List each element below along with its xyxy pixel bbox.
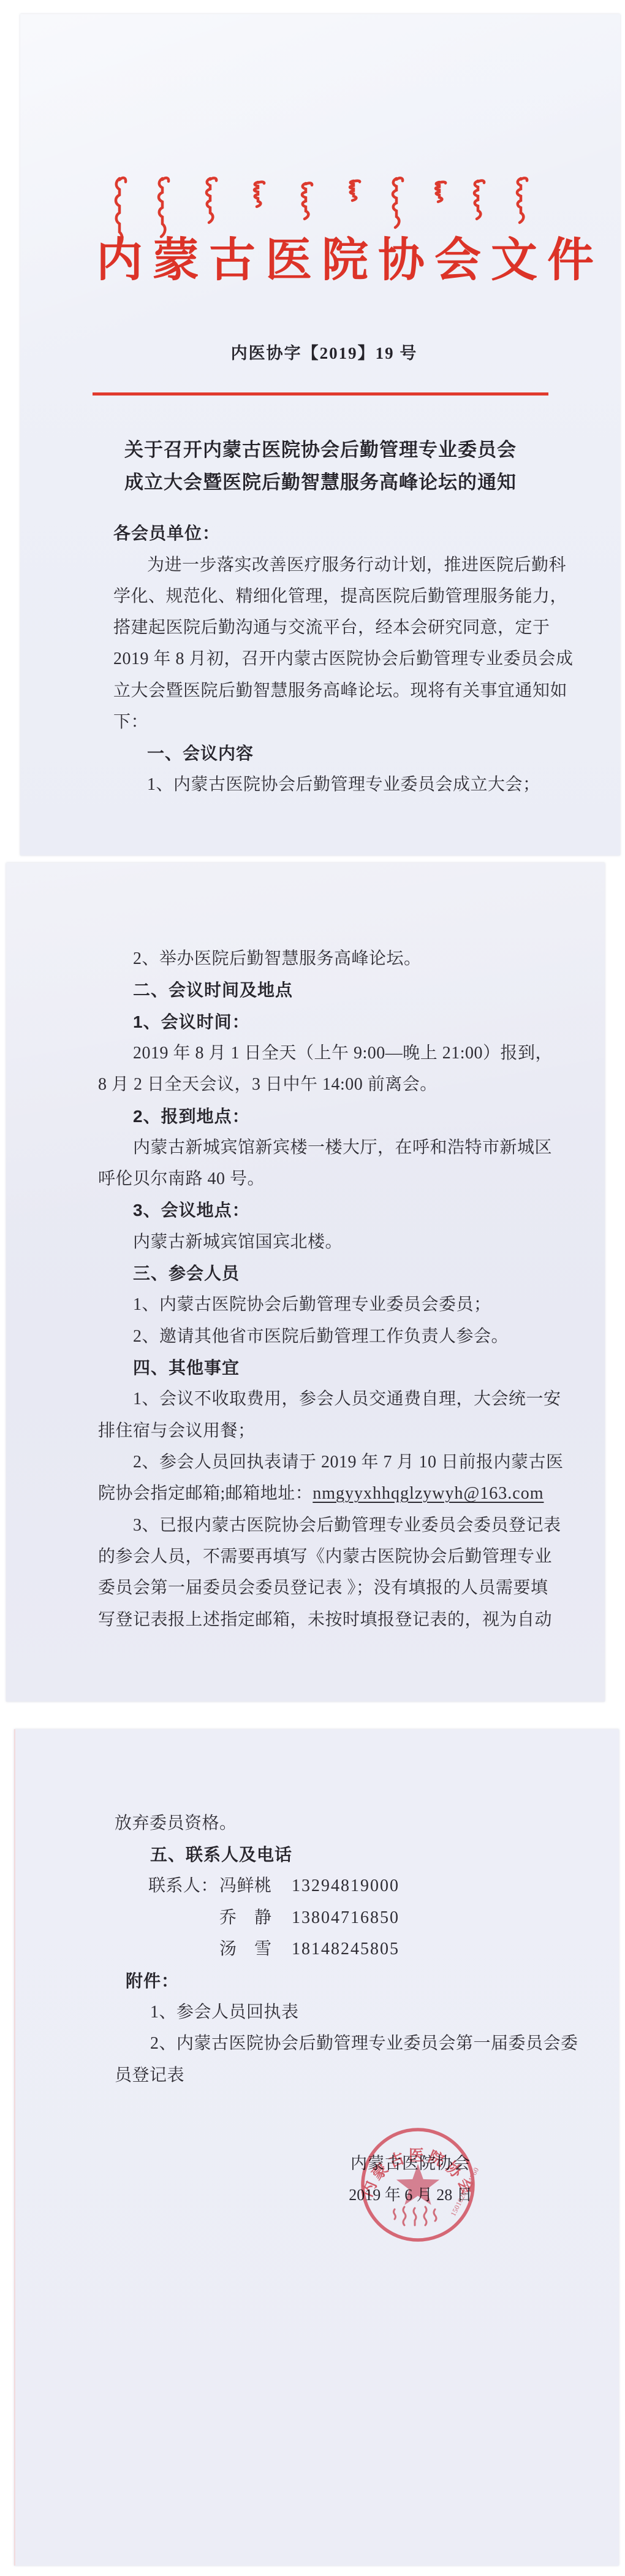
email-address: nmgyyxhhqglzywyh@163.com [312,1484,544,1503]
page-2: 2、举办医院后勤智慧服务高峰论坛。 二、会议时间及地点 1、会议时间： 2019… [6,863,605,1702]
salutation: 各会员单位： [113,521,220,546]
body-line: 搭建起医院后勤沟通与交流平台，经本会研究同意，定于 [113,615,550,641]
section-heading: 一、会议内容 [147,741,254,766]
sub-heading: 3、会议地点： [133,1198,250,1223]
contact-row: 汤 雪18148245805 [148,1936,400,1962]
contact-name: 汤 雪 [219,1936,282,1962]
document-number: 内医协字【2019】19 号 [96,342,552,364]
body-line: 2019 年 8 月初，召开内蒙古医院协会后勤管理专业委员会成 [113,646,574,672]
body-line: 学化、规范化、精细化管理，提高医院后勤管理服务能力， [113,584,567,610]
red-divider-rule [93,392,548,396]
notice-title-line2: 成立大会暨医院后勤智慧服务高峰论坛的通知 [93,469,548,496]
body-line: 1、会议不收取费用，参会人员交通费自理，大会统一安 [133,1386,561,1412]
section-heading: 四、其他事宜 [133,1355,240,1381]
contact-row: 乔 静13804716850 [148,1905,400,1931]
section-heading: 二、会议时间及地点 [133,977,293,1003]
stamp-mongolian-script-icon [394,2207,437,2225]
body-line: 立大会暨医院后勤智慧服务高峰论坛。现将有关事宜通知如 [113,678,567,704]
body-line: 排住宿与会议用餐； [98,1418,256,1444]
scanned-document-canvas: 内蒙古医院协会文件 内医协字【2019】19 号 关于召开内蒙古医院协会后勤管理… [0,0,625,2576]
contact-name: 冯鲜桃 [219,1873,282,1899]
sub-heading: 2、报到地点： [133,1104,250,1129]
body-line: 1、内蒙古医院协会后勤管理专业委员会委员； [133,1292,491,1318]
official-seal-stamp: 内蒙古医院协会 15010200014760 [357,2123,479,2246]
contact-row: 联系人：冯鲜桃13294819000 [148,1873,400,1899]
stamp-star-icon [396,2164,439,2205]
notice-title-line1: 关于召开内蒙古医院协会后勤管理专业委员会 [93,437,548,464]
attachment-item-continuation: 员登记表 [115,2063,184,2089]
body-line: 2019 年 8 月 1 日全天（上午 9:00—晚上 21:00）报到， [133,1041,553,1066]
contact-label: 联系人： [148,1873,219,1899]
body-line: 为进一步落实改善医疗服务行动计划，推进医院后勤科 [147,552,566,578]
body-line: 2、邀请其他省市医院后勤管理工作负责人参会。 [133,1324,509,1350]
body-line: 内蒙古新城宾馆国宾北楼。 [133,1229,343,1255]
page-1: 内蒙古医院协会文件 内医协字【2019】19 号 关于召开内蒙古医院协会后勤管理… [20,14,620,855]
sub-heading: 1、会议时间： [133,1009,250,1035]
body-line: 下： [113,709,148,735]
attachments-label: 附件： [126,1968,179,1994]
body-line: 的参会人员，不需要再填写《内蒙古医院协会后勤管理专业 [98,1544,552,1570]
section-heading: 五、联系人及电话 [150,1842,292,1868]
email-line-prefix: 院协会指定邮箱;邮箱地址： [98,1484,312,1503]
body-line: 呼伦贝尔南路 40 号。 [98,1166,265,1192]
body-line: 1、内蒙古医院协会后勤管理专业委员会成立大会； [147,772,540,798]
masthead-title: 内蒙古医院协会文件 [96,230,552,291]
body-line: 3、已报内蒙古医院协会后勤管理专业委员会委员登记表 [133,1513,561,1538]
attachment-item: 2、内蒙古医院协会后勤管理专业委员会第一届委员会委 [150,2031,578,2057]
contact-phone: 18148245805 [292,1940,400,1959]
page-3: 放弃委员资格。 五、联系人及电话 联系人：冯鲜桃13294819000 乔 静1… [14,1729,619,2566]
contact-name: 乔 静 [219,1905,282,1931]
body-line: 内蒙古新城宾馆新宾楼一楼大厅，在呼和浩特市新城区 [133,1135,552,1161]
contact-phone: 13804716850 [292,1908,400,1927]
contact-phone: 13294819000 [292,1876,400,1895]
body-line: 2、举办医院后勤智慧服务高峰论坛。 [133,946,422,972]
attachment-item: 1、参会人员回执表 [150,2000,299,2025]
body-line: 放弃委员资格。 [115,1811,237,1836]
body-line: 8 月 2 日全天会议，3 日中午 14:00 前离会。 [98,1072,438,1098]
section-heading: 三、参会人员 [133,1261,240,1286]
body-line-with-email: 院协会指定邮箱;邮箱地址：nmgyyxhhqglzywyh@163.com [98,1481,544,1507]
body-line: 委员会第一届委员会委员登记表 》；没有填报的人员需要填 [98,1575,548,1601]
body-line: 写登记表报上述指定邮箱，未按时填报登记表的，视为自动 [98,1607,552,1633]
body-line: 2、参会人员回执表请于 2019 年 7 月 10 日前报内蒙古医 [133,1450,564,1475]
